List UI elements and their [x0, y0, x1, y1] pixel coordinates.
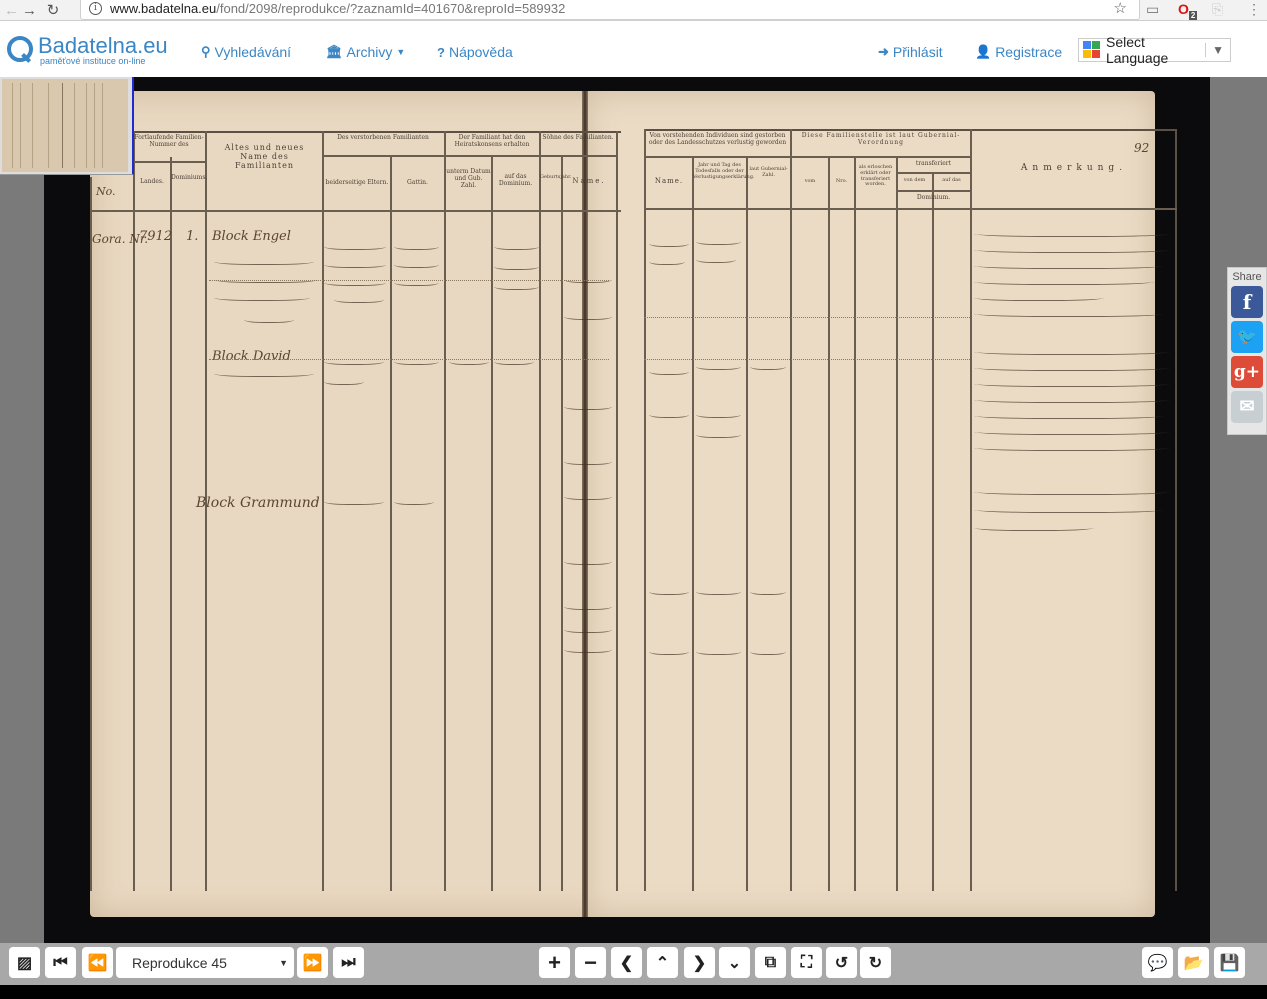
handwriting-stroke — [394, 260, 439, 268]
left-col-line — [444, 131, 446, 891]
register-label: Registrace — [995, 44, 1062, 60]
handwriting-stroke — [649, 410, 689, 418]
email-icon: ✉ — [1239, 396, 1254, 417]
fast-forward-icon: ⏩ — [303, 953, 323, 973]
nav-archives-label: Archivy — [347, 44, 393, 60]
left-subheader-rule — [322, 155, 616, 157]
handwriting-stroke — [244, 315, 294, 323]
right-col-line — [932, 172, 934, 891]
open-external-button[interactable]: ⧉ — [755, 947, 786, 978]
cast-icon[interactable]: ▭ — [1146, 1, 1159, 18]
chevron-up-icon: ⌃ — [656, 953, 669, 973]
fast-backward-icon: ⏪ — [88, 953, 108, 973]
fullscreen-button[interactable]: ⛶ — [791, 947, 822, 978]
facebook-icon: f — [1243, 290, 1252, 314]
handwriting-stroke — [334, 295, 384, 303]
zoom-in-button[interactable]: + — [539, 947, 570, 978]
header-status-group: Diese Familienstelle ist laut Gubernial-… — [792, 133, 970, 147]
entry-seq: 1. — [186, 229, 198, 244]
header-remarks: Anmerkung. — [974, 163, 1174, 173]
handwriting-stroke — [696, 255, 736, 263]
thumbnail-page — [2, 79, 128, 172]
remark-stroke — [974, 411, 1164, 419]
handwriting-stroke — [324, 497, 384, 505]
remark-stroke — [974, 487, 1170, 495]
right-header-rule — [644, 208, 1177, 210]
header-consent-dominium: auf das Dominium. — [492, 174, 539, 188]
header-parents: beiderseitige Eltern. — [324, 180, 390, 187]
google-plus-share-button[interactable]: g+ — [1231, 356, 1263, 388]
nav-search[interactable]: ⚲ Vyhledávání — [201, 44, 291, 60]
handwriting-stroke — [750, 362, 786, 370]
rotate-left-button[interactable]: ↺ — [826, 947, 857, 978]
header-sons-name: Name. — [562, 177, 616, 185]
share-label: Share — [1228, 271, 1266, 283]
image-viewer[interactable]: Fortlaufende Familien-Nummer des Landes.… — [0, 77, 1267, 943]
handwriting-stroke — [750, 587, 786, 595]
share-panel: Share f 🐦 g+ ✉ — [1227, 267, 1267, 435]
nav-help[interactable]: ? Nápověda — [437, 44, 513, 60]
header-consent-group: Der Familiant hat den Heiratskonsens erh… — [446, 135, 538, 149]
language-select-label: Select Language — [1106, 34, 1205, 66]
extension-badge: 2 — [1189, 11, 1197, 20]
zoom-out-button[interactable]: − — [575, 947, 606, 978]
site-header: Badatelna.eu paměťové instituce on-line … — [0, 21, 1267, 77]
question-icon: ? — [437, 45, 445, 60]
viewer-toolbar: ▨ ⏮ ⏪ Reprodukce 45 ▼ ⏩ ⏭ + − ❮ ⌃ ❯ ⌄ ⧉ … — [0, 943, 1267, 985]
handwriting-stroke — [696, 362, 741, 370]
entry-name: Block David — [212, 349, 291, 364]
remark-stroke — [974, 505, 1164, 513]
browser-toolbar: ← → ↻ i www.badatelna.eu /fond/2098/repr… — [0, 0, 1267, 21]
pan-up-button[interactable]: ⌃ — [647, 947, 678, 978]
handwriting-stroke — [564, 602, 612, 610]
nav-search-label: Vyhledávání — [215, 44, 292, 60]
rotate-ccw-icon: ↺ — [835, 953, 848, 973]
handwriting-stroke — [649, 257, 685, 265]
remark-stroke — [974, 379, 1170, 387]
sign-in-icon: ➜ — [878, 44, 889, 60]
info-icon[interactable]: i — [89, 2, 102, 15]
right-col-line — [854, 157, 856, 891]
previous-page-button[interactable]: ⏪ — [82, 947, 113, 978]
comments-icon: 💬 — [1148, 953, 1168, 973]
header-transfer-to: auf das — [933, 178, 970, 184]
site-logo[interactable]: Badatelna.eu paměťové instituce on-line — [6, 35, 168, 65]
header-land: Landes. — [134, 179, 170, 186]
left-col-line — [390, 157, 392, 891]
header-parents-group: Des verstorbenen Familianten — [324, 135, 442, 142]
handwriting-stroke — [214, 275, 318, 283]
handwriting-stroke — [564, 402, 612, 410]
next-page-button[interactable]: ⏩ — [297, 947, 328, 978]
header-status-extinct: als erloschen erklärt oder transferiert … — [855, 165, 896, 188]
reload-icon[interactable]: ↻ — [46, 1, 60, 19]
header-deceased-gub: laut Gubernial-Zahl. — [747, 167, 790, 179]
bank-icon: 🏛 — [326, 44, 343, 60]
handwriting-stroke — [494, 282, 539, 290]
header-status-from: vom — [792, 179, 828, 185]
handwriting-stroke — [649, 587, 689, 595]
overview-thumbnail[interactable] — [0, 77, 134, 175]
remark-stroke — [974, 229, 1170, 237]
google-plus-icon: g+ — [1234, 362, 1260, 382]
bookmark-star-icon[interactable]: ☆ — [1114, 0, 1127, 17]
handwriting-stroke — [649, 647, 689, 655]
folder-upload-icon: 📂 — [1184, 953, 1204, 973]
external-link-icon: ⧉ — [765, 954, 776, 972]
expand-icon: ⛶ — [801, 954, 812, 972]
handwriting-stroke — [696, 587, 741, 595]
handwriting-stroke — [564, 557, 612, 565]
handwriting-stroke — [324, 377, 364, 385]
url-path: /fond/2098/reprodukce/?zaznamId=401670&r… — [216, 1, 565, 16]
header-deceased-name: Name. — [646, 177, 692, 185]
header-deceased-group: Von vorstehenden Individuen sind gestorb… — [646, 133, 789, 147]
right-col-line — [790, 129, 792, 891]
pdf-extension-icon[interactable]: ⎘ — [1212, 1, 1223, 18]
chevron-down-icon: ⌄ — [728, 953, 741, 973]
first-page-button[interactable]: ⏮ — [45, 947, 76, 978]
user-plus-icon: 👤 — [975, 44, 991, 60]
chevron-right-icon: ❯ — [693, 953, 706, 973]
right-col-line — [970, 129, 972, 891]
dotted-guide — [209, 280, 609, 281]
left-subheader-rule — [133, 161, 205, 163]
handwriting-stroke — [696, 237, 741, 245]
right-col-line — [828, 157, 830, 891]
save-download-button[interactable]: 💾 — [1214, 947, 1245, 978]
left-col-line — [205, 131, 207, 891]
pan-right-button[interactable]: ❯ — [684, 947, 715, 978]
open-folder-button[interactable]: 📂 — [1178, 947, 1209, 978]
entry-name: Block Grammund — [196, 495, 320, 511]
search-icon: ⚲ — [201, 44, 211, 60]
handwriting-stroke — [750, 647, 786, 655]
right-col-line — [746, 157, 748, 891]
handwriting-stroke — [564, 275, 612, 283]
left-col-line — [90, 177, 92, 891]
caret-down-icon: ▼ — [396, 47, 405, 57]
facebook-share-button[interactable]: f — [1231, 286, 1263, 318]
rotate-cw-icon: ↻ — [869, 953, 882, 973]
handwriting-stroke — [649, 239, 689, 247]
select-caret-icon: ▼ — [279, 958, 288, 968]
language-select[interactable]: Select Language ▼ — [1078, 38, 1231, 62]
handwriting-stroke — [494, 262, 539, 270]
magnifier-logo-icon — [6, 35, 36, 65]
handwriting-stroke — [696, 647, 741, 655]
dropdown-arrow-icon: ▼ — [1205, 43, 1230, 57]
image-icon: ▨ — [17, 953, 32, 973]
dotted-guide — [644, 359, 970, 360]
menu-kebab-icon[interactable]: ⋮ — [1247, 1, 1261, 18]
folio-number: 92 — [1134, 141, 1149, 155]
remark-stroke — [974, 395, 1170, 403]
remark-stroke — [974, 245, 1170, 253]
handwriting-stroke — [564, 312, 612, 320]
header-transfer-from: von dem — [897, 178, 932, 184]
twitter-share-button[interactable]: 🐦 — [1231, 321, 1263, 353]
login-label: Přihlásit — [893, 44, 943, 60]
remark-stroke — [974, 347, 1170, 355]
header-transferred: transferiert — [897, 161, 970, 168]
remark-stroke — [974, 309, 1164, 317]
nav-archives[interactable]: 🏛 Archivy ▼ — [326, 44, 405, 60]
reproduction-select-value: Reprodukce 45 — [132, 955, 227, 971]
google-translate-icon — [1083, 41, 1100, 59]
right-subheader-rule — [896, 172, 970, 174]
right-col-line — [644, 129, 646, 891]
handwriting-stroke — [214, 257, 314, 265]
header-sons-group: Söhne des Familianten. — [540, 135, 616, 142]
comments-button[interactable]: 💬 — [1142, 947, 1173, 978]
skip-last-icon: ⏭ — [341, 954, 355, 972]
header-sons-birth-year: Geburtsjahr. — [540, 175, 561, 181]
header-name: Altes und neues Name des Familianten — [212, 143, 317, 171]
handwriting-stroke — [696, 430, 741, 438]
left-col-line — [170, 157, 172, 891]
remark-stroke — [974, 261, 1164, 269]
pan-down-button[interactable]: ⌄ — [719, 947, 750, 978]
bottom-bar — [0, 985, 1267, 999]
nav-help-label: Nápověda — [449, 44, 513, 60]
reproduction-select[interactable]: Reprodukce 45 ▼ — [116, 947, 294, 978]
remark-stroke — [974, 363, 1170, 371]
rotate-right-button[interactable]: ↻ — [860, 947, 891, 978]
header-consent-date: unterm Datum und Gub. Zahl. — [446, 169, 491, 190]
pan-left-button[interactable]: ❮ — [611, 947, 642, 978]
logo-title: Badatelna.eu — [38, 35, 168, 57]
twitter-icon: 🐦 — [1237, 327, 1257, 346]
handwriting-stroke — [394, 497, 434, 505]
handwriting-stroke — [324, 260, 386, 268]
forward-icon[interactable]: → — [22, 2, 36, 19]
handwriting-stroke — [214, 369, 314, 377]
left-col-line — [491, 157, 493, 891]
plus-icon: + — [548, 950, 561, 976]
address-bar[interactable]: i www.badatelna.eu /fond/2098/reprodukce… — [80, 0, 1140, 20]
chevron-left-icon: ❮ — [620, 953, 633, 973]
thumbnail-toggle-button[interactable]: ▨ — [9, 947, 40, 978]
entry-name: Block Engel — [212, 229, 291, 244]
skip-first-icon: ⏮ — [53, 954, 67, 972]
remark-stroke — [974, 293, 1104, 301]
right-subheader-rule — [896, 190, 970, 192]
left-col-line — [539, 131, 541, 891]
right-subheader-rule — [644, 156, 970, 158]
remark-stroke — [974, 443, 1170, 451]
handwriting-stroke — [394, 242, 439, 250]
handwriting-stroke — [564, 625, 612, 633]
header-status-nro: Nro. — [829, 179, 854, 185]
handwriting-stroke — [696, 410, 741, 418]
handwriting-stroke — [324, 242, 386, 250]
remark-stroke — [974, 523, 1094, 531]
last-page-button[interactable]: ⏭ — [333, 947, 364, 978]
row-number-label: No. — [96, 185, 116, 198]
dotted-guide — [644, 317, 970, 318]
email-share-button[interactable]: ✉ — [1231, 391, 1263, 423]
header-wife: Gattin. — [391, 180, 444, 187]
save-download-icon: 💾 — [1220, 953, 1240, 973]
remark-stroke — [974, 427, 1170, 435]
handwriting-stroke — [564, 492, 612, 500]
handwriting-stroke — [214, 293, 310, 301]
right-col-line — [896, 157, 898, 891]
dotted-guide — [209, 359, 609, 360]
header-dominium: Dominiums. — [171, 175, 205, 182]
url-host: www.badatelna.eu — [110, 1, 216, 16]
header-family-number: Fortlaufende Familien-Nummer des — [134, 135, 204, 149]
logo-tagline: paměťové instituce on-line — [40, 56, 145, 66]
handwriting-stroke — [649, 367, 689, 375]
left-col-line — [616, 131, 618, 891]
entry-number: 7912 — [139, 229, 172, 244]
right-col-line — [692, 157, 694, 891]
login-link[interactable]: ➜ Přihlásit — [878, 44, 943, 60]
header-deceased-date: Jahr und Tag des Todesfalls oder der Ver… — [693, 163, 746, 180]
header-transfer-dominium: Dominium. — [897, 195, 970, 202]
handwriting-stroke — [494, 242, 539, 250]
handwriting-stroke — [564, 645, 612, 653]
remark-stroke — [974, 277, 1154, 285]
minus-icon: − — [584, 950, 597, 976]
document-scan[interactable]: Fortlaufende Familien-Nummer des Landes.… — [44, 77, 1210, 943]
register-link[interactable]: 👤 Registrace — [975, 44, 1062, 60]
handwriting-stroke — [564, 457, 612, 465]
left-col-line — [561, 157, 563, 891]
opera-extension-icon[interactable]: O2 — [1178, 1, 1197, 20]
back-icon[interactable]: ← — [4, 2, 18, 19]
